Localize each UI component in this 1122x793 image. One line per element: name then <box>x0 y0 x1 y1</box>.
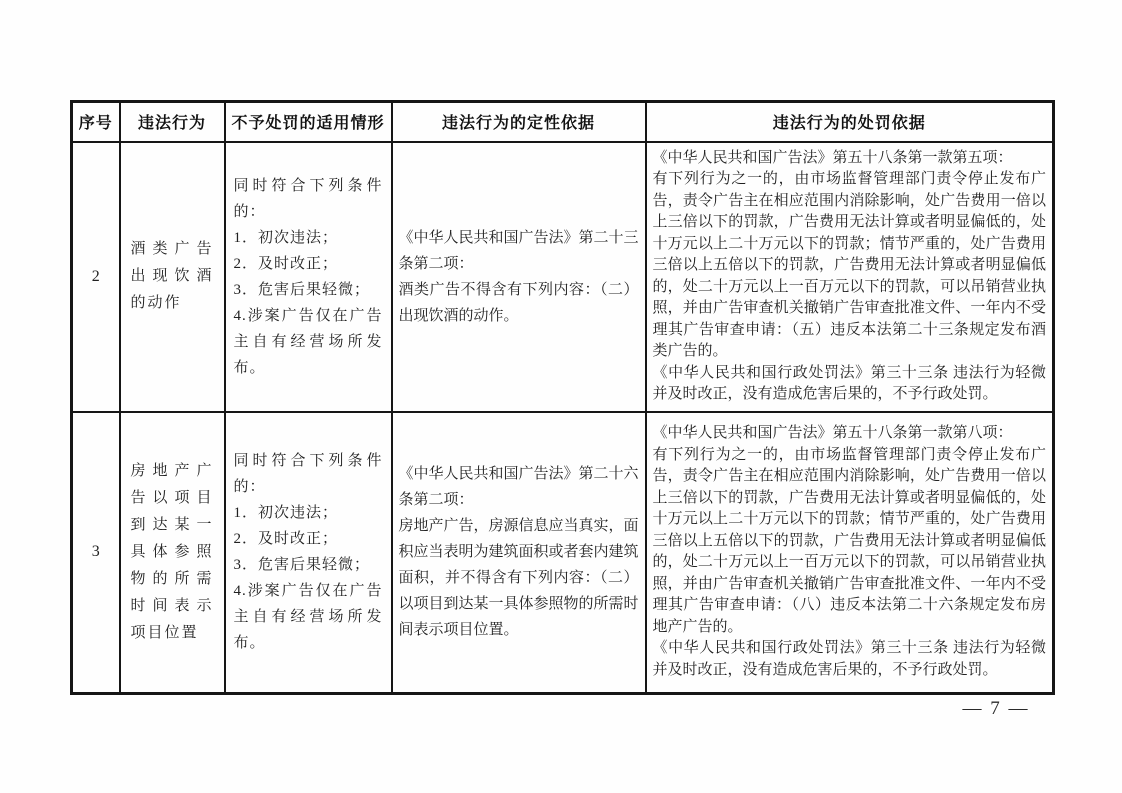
violations-table: 序号 违法行为 不予处罚的适用情形 违法行为的定性依据 违法行为的处罚依据 2 … <box>70 100 1055 695</box>
row-3-punishment-basis-cell: 《中华人民共和国广告法》第五十八条第一款第八项： 有下列行为之一的，由市场监督管… <box>646 412 1054 694</box>
col-header-index: 序号 <box>72 102 120 142</box>
col-header-behavior: 违法行为 <box>120 102 225 142</box>
document-page: 序号 违法行为 不予处罚的适用情形 违法行为的定性依据 违法行为的处罚依据 2 … <box>0 0 1122 793</box>
table-row-3: 3 房地产广告以项目到达某一具体参照物的所需时间表示项目位置 同时符合下列条件的… <box>72 412 1054 694</box>
page-number: — 7 — <box>948 698 1044 720</box>
row-3-index-cell: 3 <box>72 412 120 694</box>
row-2-behavior-cell: 酒类广告出现饮酒的动作 <box>120 142 225 412</box>
row-2-conditions-cell: 同时符合下列条件的： 1．初次违法； 2．及时改正； 3．危害后果轻微； 4.涉… <box>225 142 392 412</box>
col-header-qualitative-basis: 违法行为的定性依据 <box>392 102 646 142</box>
row-2-index-cell: 2 <box>72 142 120 412</box>
row-3-qualitative-basis-cell: 《中华人民共和国广告法》第二十六条第二项： 房地产广告，房源信息应当真实，面积应… <box>392 412 646 694</box>
table-row-2: 2 酒类广告出现饮酒的动作 同时符合下列条件的： 1．初次违法； 2．及时改正；… <box>72 142 1054 412</box>
row-3-conditions-cell: 同时符合下列条件的： 1．初次违法； 2．及时改正； 3．危害后果轻微； 4.涉… <box>225 412 392 694</box>
row-2-qualitative-basis-cell: 《中华人民共和国广告法》第二十三条第二项： 酒类广告不得含有下列内容：（二）出现… <box>392 142 646 412</box>
col-header-punishment-basis: 违法行为的处罚依据 <box>646 102 1054 142</box>
row-3-behavior-cell: 房地产广告以项目到达某一具体参照物的所需时间表示项目位置 <box>120 412 225 694</box>
col-header-conditions: 不予处罚的适用情形 <box>225 102 392 142</box>
table-header-row: 序号 违法行为 不予处罚的适用情形 违法行为的定性依据 违法行为的处罚依据 <box>72 102 1054 142</box>
row-2-punishment-basis-cell: 《中华人民共和国广告法》第五十八条第一款第五项： 有下列行为之一的，由市场监督管… <box>646 142 1054 412</box>
